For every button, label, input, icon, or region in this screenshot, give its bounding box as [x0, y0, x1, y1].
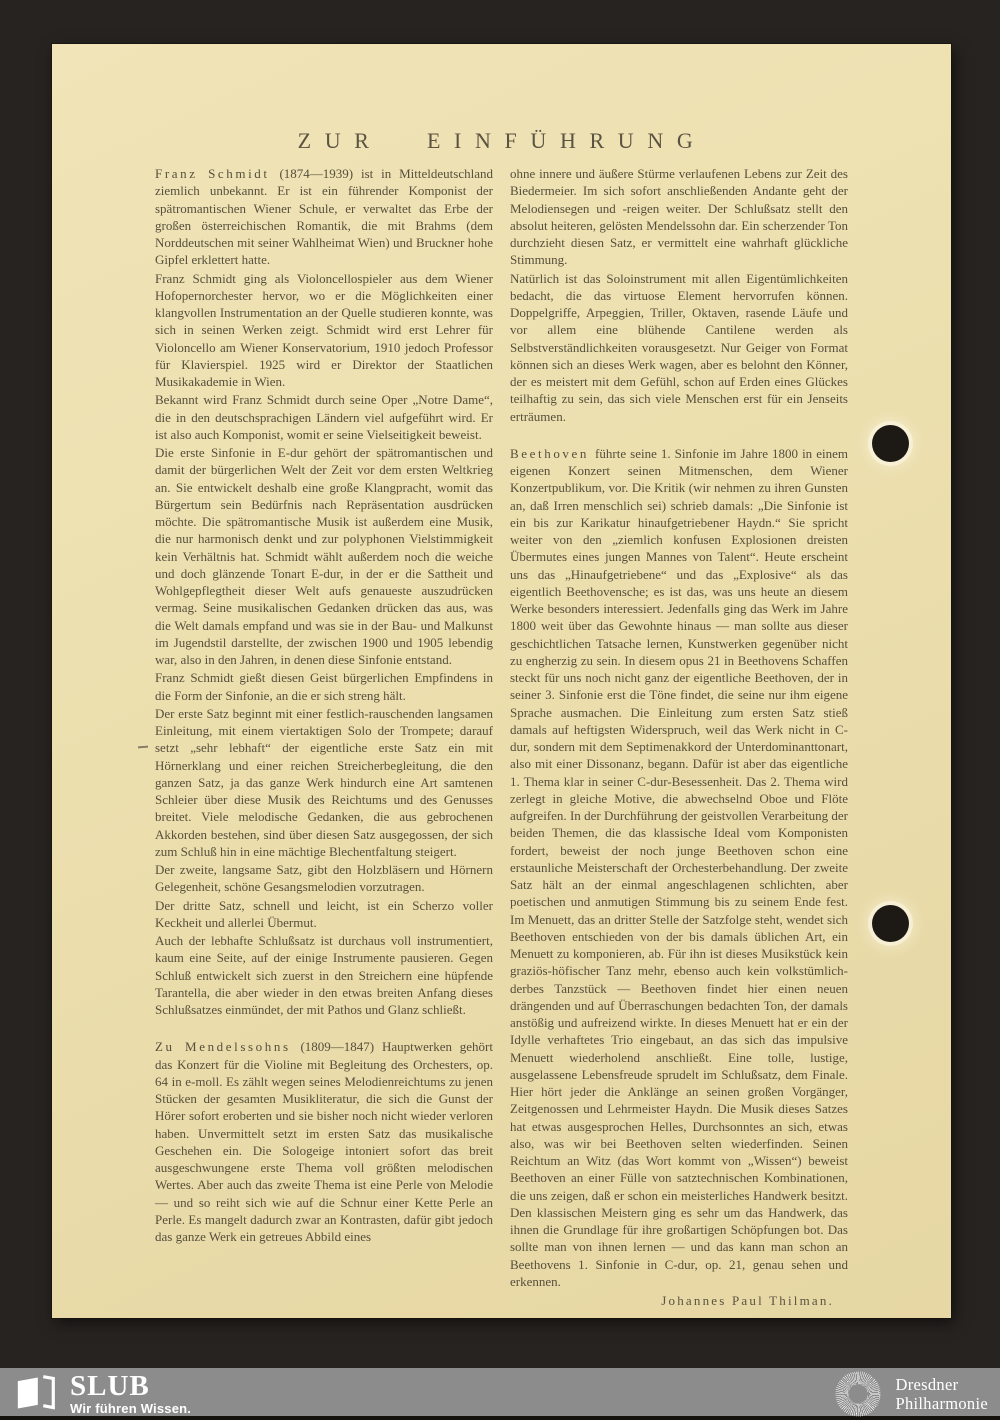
- text-column-right: ohne innere und äußere Stürme verlaufene…: [510, 165, 848, 1310]
- paragraph: Der zweite, langsame Satz, gibt den Holz…: [155, 861, 493, 896]
- philharmonie-wordmark-line2: Philharmonie: [895, 1394, 988, 1413]
- paragraph: Beethoven führte seine 1. Sinfonie im Ja…: [510, 445, 848, 1290]
- text-column-left: Franz Schmidt (1874—1939) ist in Mitteld…: [155, 165, 493, 1246]
- slub-book-icon: [16, 1374, 56, 1412]
- philharmonie-starburst-icon: [835, 1371, 881, 1417]
- slub-logo: SLUB Wir führen Wissen.: [16, 1372, 191, 1416]
- author-signature: Johannes Paul Thilman.: [510, 1292, 848, 1309]
- paragraph: Zu Mendelssohns (1809—1847) Hauptwerken …: [155, 1038, 493, 1245]
- punch-hole-top: [872, 425, 909, 462]
- paragraph-lead: Beethoven: [510, 446, 591, 461]
- paragraph: Auch der lebhafte Schlußsatz ist durchau…: [155, 932, 493, 1018]
- paragraph: Franz Schmidt (1874—1939) ist in Mitteld…: [155, 165, 493, 269]
- library-footer-bar: SLUB Wir führen Wissen. Dresdner Philhar…: [0, 1368, 1000, 1420]
- pencil-margin-mark: [138, 746, 148, 749]
- paragraph: Die erste Sinfonie in E-dur gehört der s…: [155, 444, 493, 668]
- scanned-program-page: { "article": { "title": "ZUR EINFÜHRUNG"…: [0, 0, 1000, 1420]
- paragraph: Bekannt wird Franz Schmidt durch seine O…: [155, 391, 493, 443]
- slub-wordmark: SLUB: [70, 1372, 191, 1400]
- paragraph: Der dritte Satz, schnell und leicht, ist…: [155, 897, 493, 932]
- philharmonie-wordmark-line1: Dresdner: [895, 1375, 988, 1394]
- paragraph: Franz Schmidt gießt diesen Geist bürgerl…: [155, 669, 493, 704]
- paragraph: Natürlich ist das Soloinstrument mit all…: [510, 270, 848, 425]
- paragraph: ohne innere und äußere Stürme verlaufene…: [510, 165, 848, 269]
- dresdner-philharmonie-logo: Dresdner Philharmonie: [835, 1371, 988, 1417]
- page-title: ZUR EINFÜHRUNG: [152, 128, 852, 154]
- slub-tagline: Wir führen Wissen.: [70, 1401, 191, 1416]
- paragraph-lead: Zu Mendelssohns: [155, 1039, 293, 1054]
- paragraph: Franz Schmidt ging als Violoncellospiele…: [155, 270, 493, 391]
- paragraph-lead: Franz Schmidt: [155, 166, 272, 181]
- scanned-paper-sheet: ZUR EINFÜHRUNG Franz Schmidt (1874—1939)…: [52, 44, 951, 1318]
- paragraph: Der erste Satz beginnt mit einer festlic…: [155, 705, 493, 860]
- punch-hole-bottom: [872, 905, 909, 942]
